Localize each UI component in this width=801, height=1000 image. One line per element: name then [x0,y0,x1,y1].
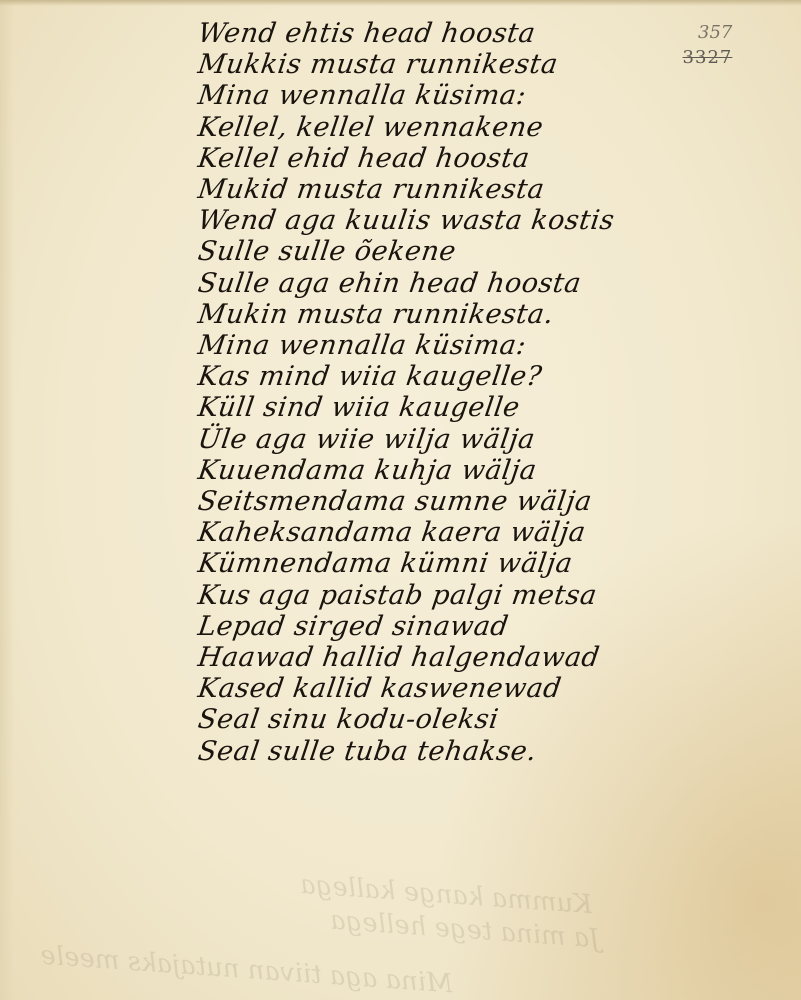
verse-line: Kellel, kellel wennakene [196,112,740,143]
bleed-through-text-3: Mina aga tiivan nutajaks meele [39,941,453,1000]
verse-line: Kased kallid kaswenewad [196,673,740,704]
verse-line: Küll sind wiia kaugelle [196,392,740,423]
verse-line: Wend ehtis head hoosta [196,18,740,49]
verse-line: Kus aga paistab palgi metsa [196,580,740,611]
verse-line: Üle aga wiie wilja wälja [196,424,740,455]
verse-line: Mina wennalla küsima: [196,80,740,111]
verse-line: Kümnendama kümni wälja [196,548,740,579]
page-top-edge [0,0,801,6]
verse-line: Wend aga kuulis wasta kostis [196,205,740,236]
verse-line: Sulle sulle õekene [196,236,740,267]
verse-line: Mukin musta runnikesta. [196,299,740,330]
handwritten-verse: Wend ehtis head hoosta Mukkis musta runn… [196,18,736,767]
verse-line: Mukkis musta runnikesta [196,49,740,80]
verse-line: Mukid musta runnikesta [196,174,740,205]
verse-line: Kellel ehid head hoosta [196,143,740,174]
verse-line: Kaheksandama kaera wälja [196,517,740,548]
verse-line: Seal sinu kodu-oleksi [196,704,740,735]
verse-line: Kas mind wiia kaugelle? [196,361,740,392]
verse-line: Haawad hallid halgendawad [196,642,740,673]
manuscript-page: Kumma kange kallega Ja mina tege hellega… [0,0,801,1000]
verse-line: Seitsmendama sumne wälja [196,486,740,517]
page-left-edge [0,0,14,1000]
verse-line: Kuuendama kuhja wälja [196,455,740,486]
verse-line: Mina wennalla küsima: [196,330,740,361]
verse-line: Lepad sirged sinawad [196,611,740,642]
verse-line: Seal sulle tuba tehakse. [196,736,740,767]
verse-line: Sulle aga ehin head hoosta [196,268,740,299]
